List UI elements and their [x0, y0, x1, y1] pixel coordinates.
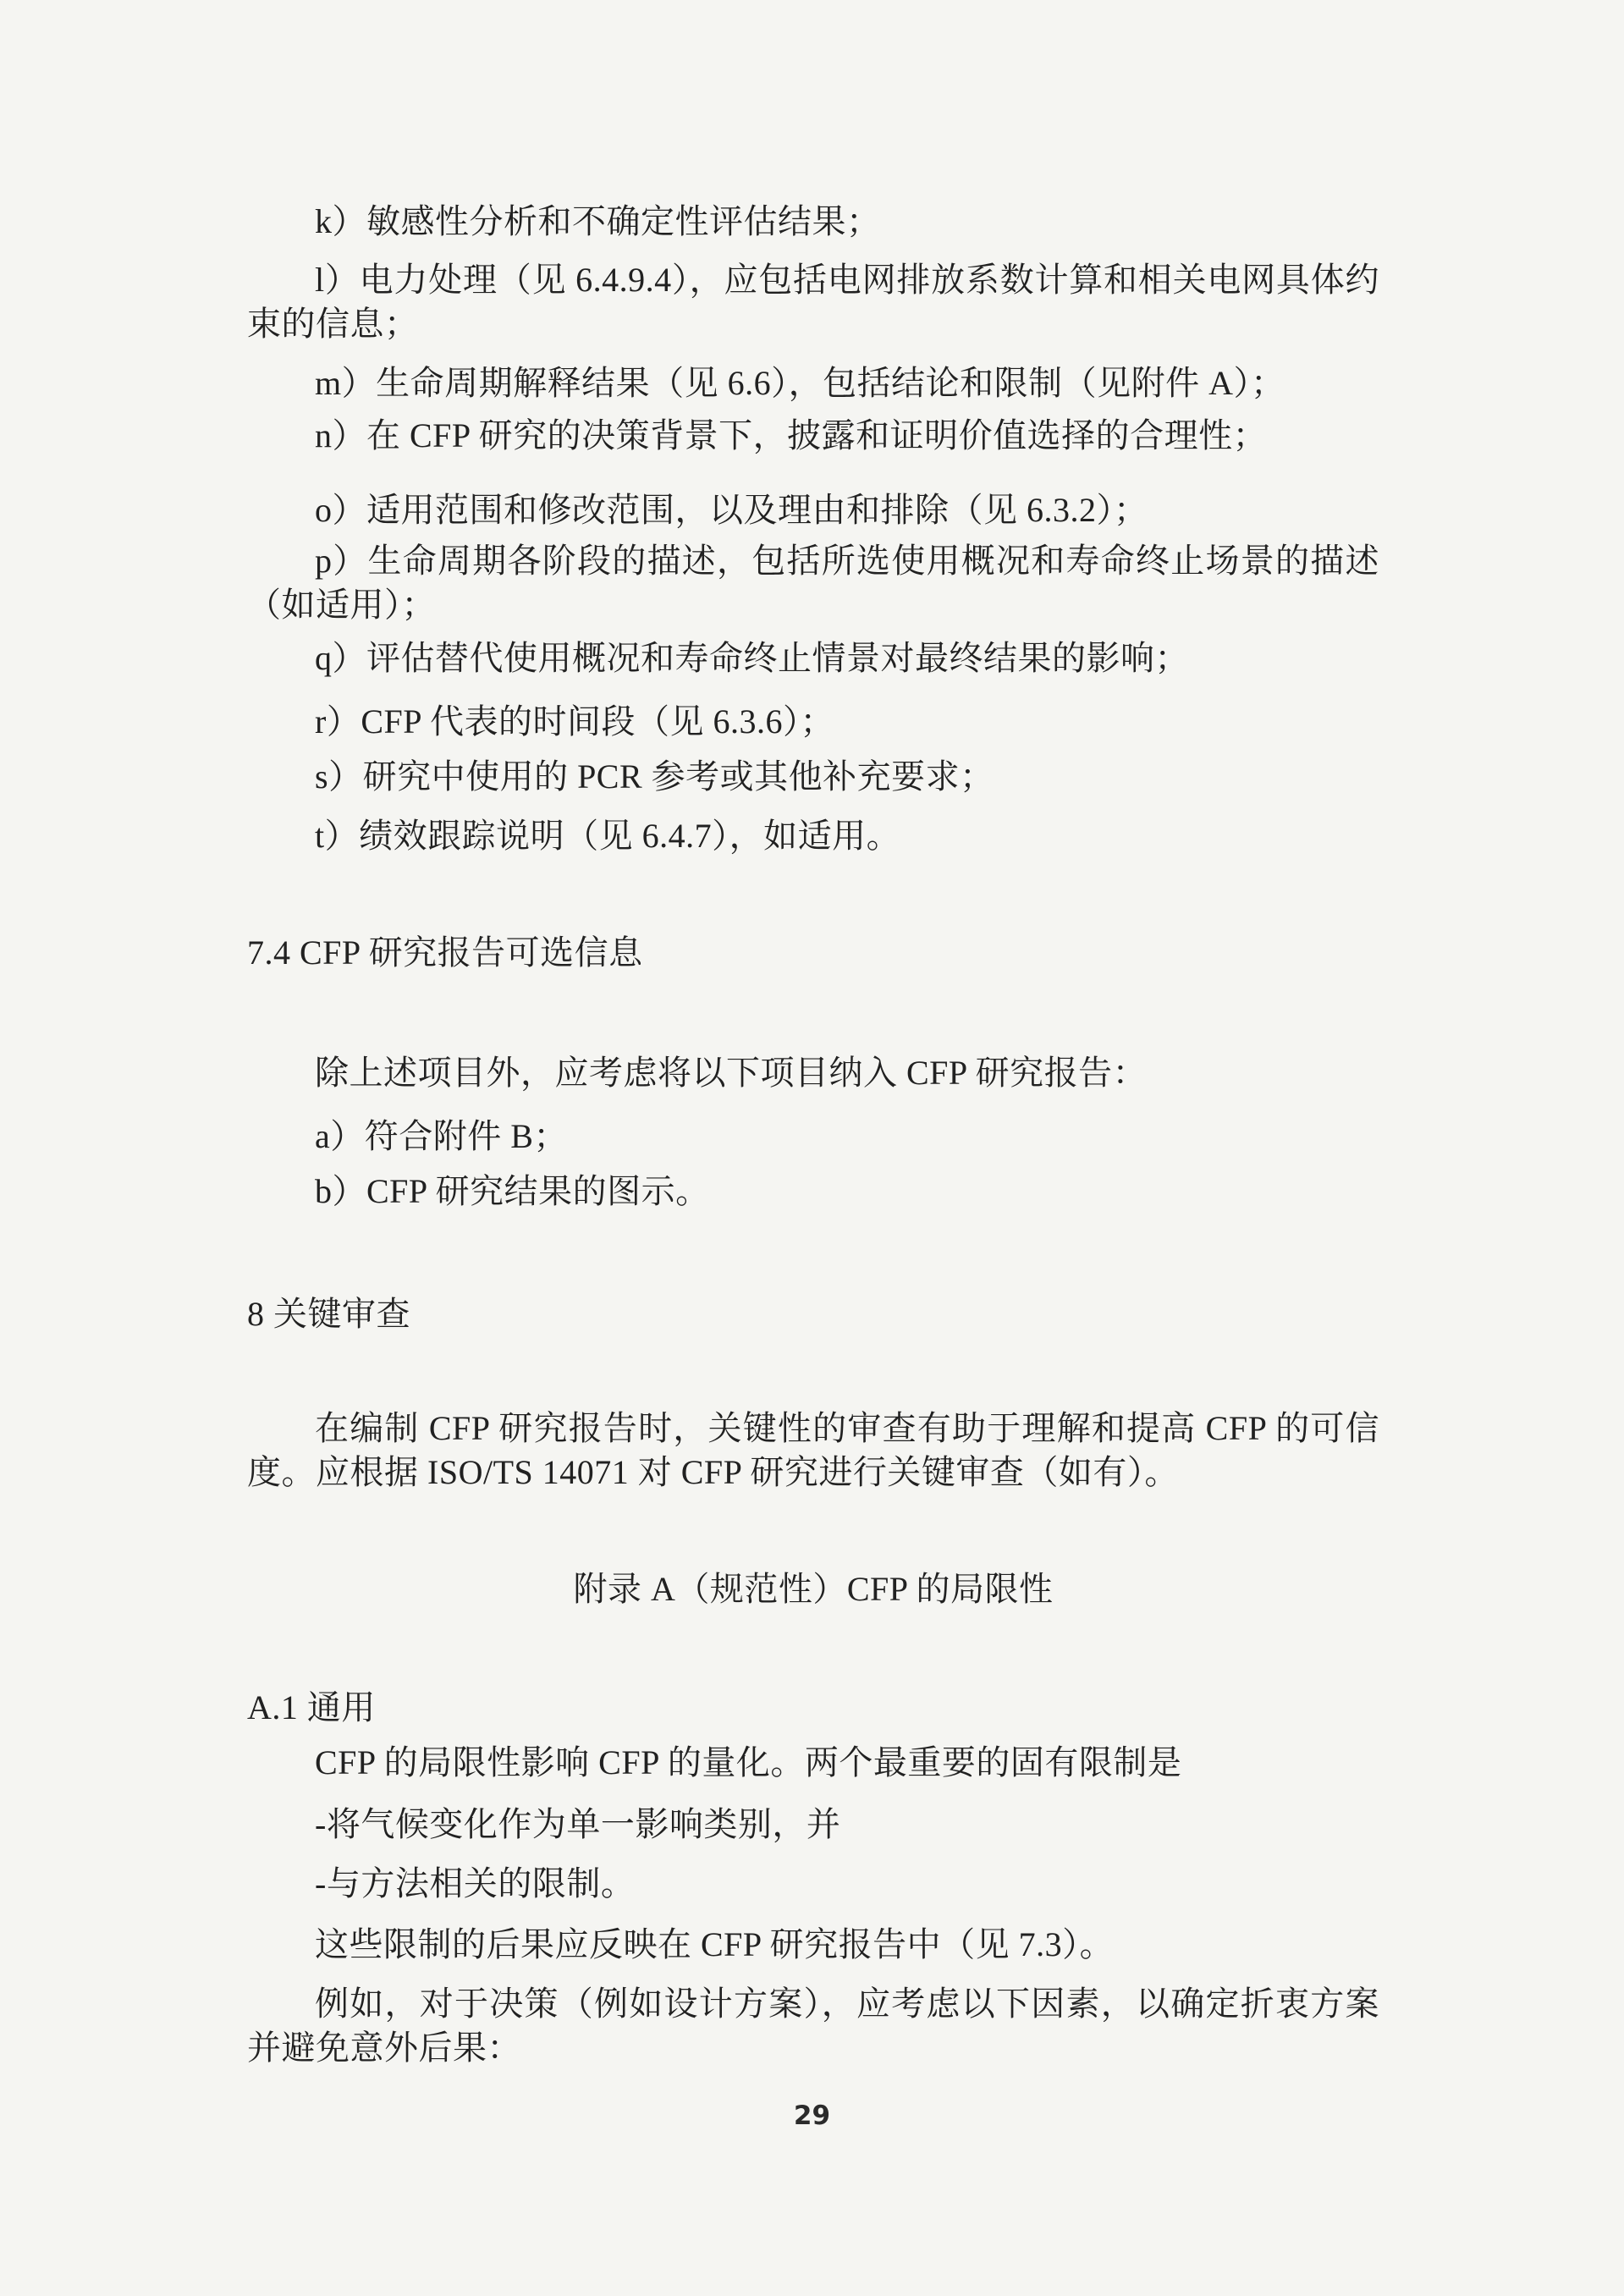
- list-item-n: n）在 CFP 研究的决策背景下，披露和证明价值选择的合理性；: [247, 414, 1379, 458]
- section-7-4-intro: 除上述项目外，应考虑将以下项目纳入 CFP 研究报告：: [247, 1051, 1379, 1095]
- appendix-a1-paragraph-4: 这些限制的后果应反映在 CFP 研究报告中（见 7.3）。: [247, 1923, 1379, 1967]
- appendix-a-title: 附录 A（规范性）CFP 的局限性: [247, 1567, 1379, 1611]
- page-number: 29: [0, 2101, 1624, 2131]
- section-8-body: 在编制 CFP 研究报告时，关键性的审查有助于理解和提高 CFP 的可信度。应根…: [247, 1407, 1379, 1495]
- appendix-a1-paragraph-2: -将气候变化作为单一影响类别，并: [247, 1803, 1379, 1847]
- document-page: k）敏感性分析和不确定性评估结果； l）电力处理（见 6.4.9.4），应包括电…: [0, 0, 1624, 2296]
- list-item-m: m）生命周期解释结果（见 6.6），包括结论和限制（见附件 A）；: [247, 361, 1379, 405]
- list-item-r: r）CFP 代表的时间段（见 6.3.6）；: [247, 700, 1379, 744]
- appendix-a1-paragraph-3: -与方法相关的限制。: [247, 1862, 1379, 1906]
- section-7-4-heading: 7.4 CFP 研究报告可选信息: [247, 931, 1379, 975]
- list-item-t: t）绩效跟踪说明（见 6.4.7），如适用。: [247, 814, 1379, 858]
- list-item-k: k）敏感性分析和不确定性评估结果；: [247, 200, 1379, 244]
- section-8-heading: 8 关键审查: [247, 1292, 1379, 1336]
- appendix-a1-paragraph-5: 例如，对于决策（例如设计方案），应考虑以下因素，以确定折衷方案并避免意外后果：: [247, 1982, 1379, 2070]
- appendix-a1-paragraph-1: CFP 的局限性影响 CFP 的量化。两个最重要的固有限制是: [247, 1741, 1379, 1785]
- list-item-q: q）评估替代使用概况和寿命终止情景对最终结果的影响；: [247, 636, 1379, 680]
- list-item-s: s）研究中使用的 PCR 参考或其他补充要求；: [247, 755, 1379, 799]
- list-item-l: l）电力处理（见 6.4.9.4），应包括电网排放系数计算和相关电网具体约束的信…: [247, 258, 1379, 346]
- section-7-4-item-a: a）符合附件 B；: [247, 1115, 1379, 1159]
- section-7-4-item-b: b）CFP 研究结果的图示。: [247, 1170, 1379, 1214]
- list-item-p: p）生命周期各阶段的描述，包括所选使用概况和寿命终止场景的描述（如适用）；: [247, 539, 1379, 627]
- page-body: k）敏感性分析和不确定性评估结果； l）电力处理（见 6.4.9.4），应包括电…: [247, 0, 1379, 2070]
- appendix-a1-heading: A.1 通用: [247, 1686, 1379, 1730]
- list-item-o: o）适用范围和修改范围，以及理由和排除（见 6.3.2）；: [247, 488, 1379, 532]
